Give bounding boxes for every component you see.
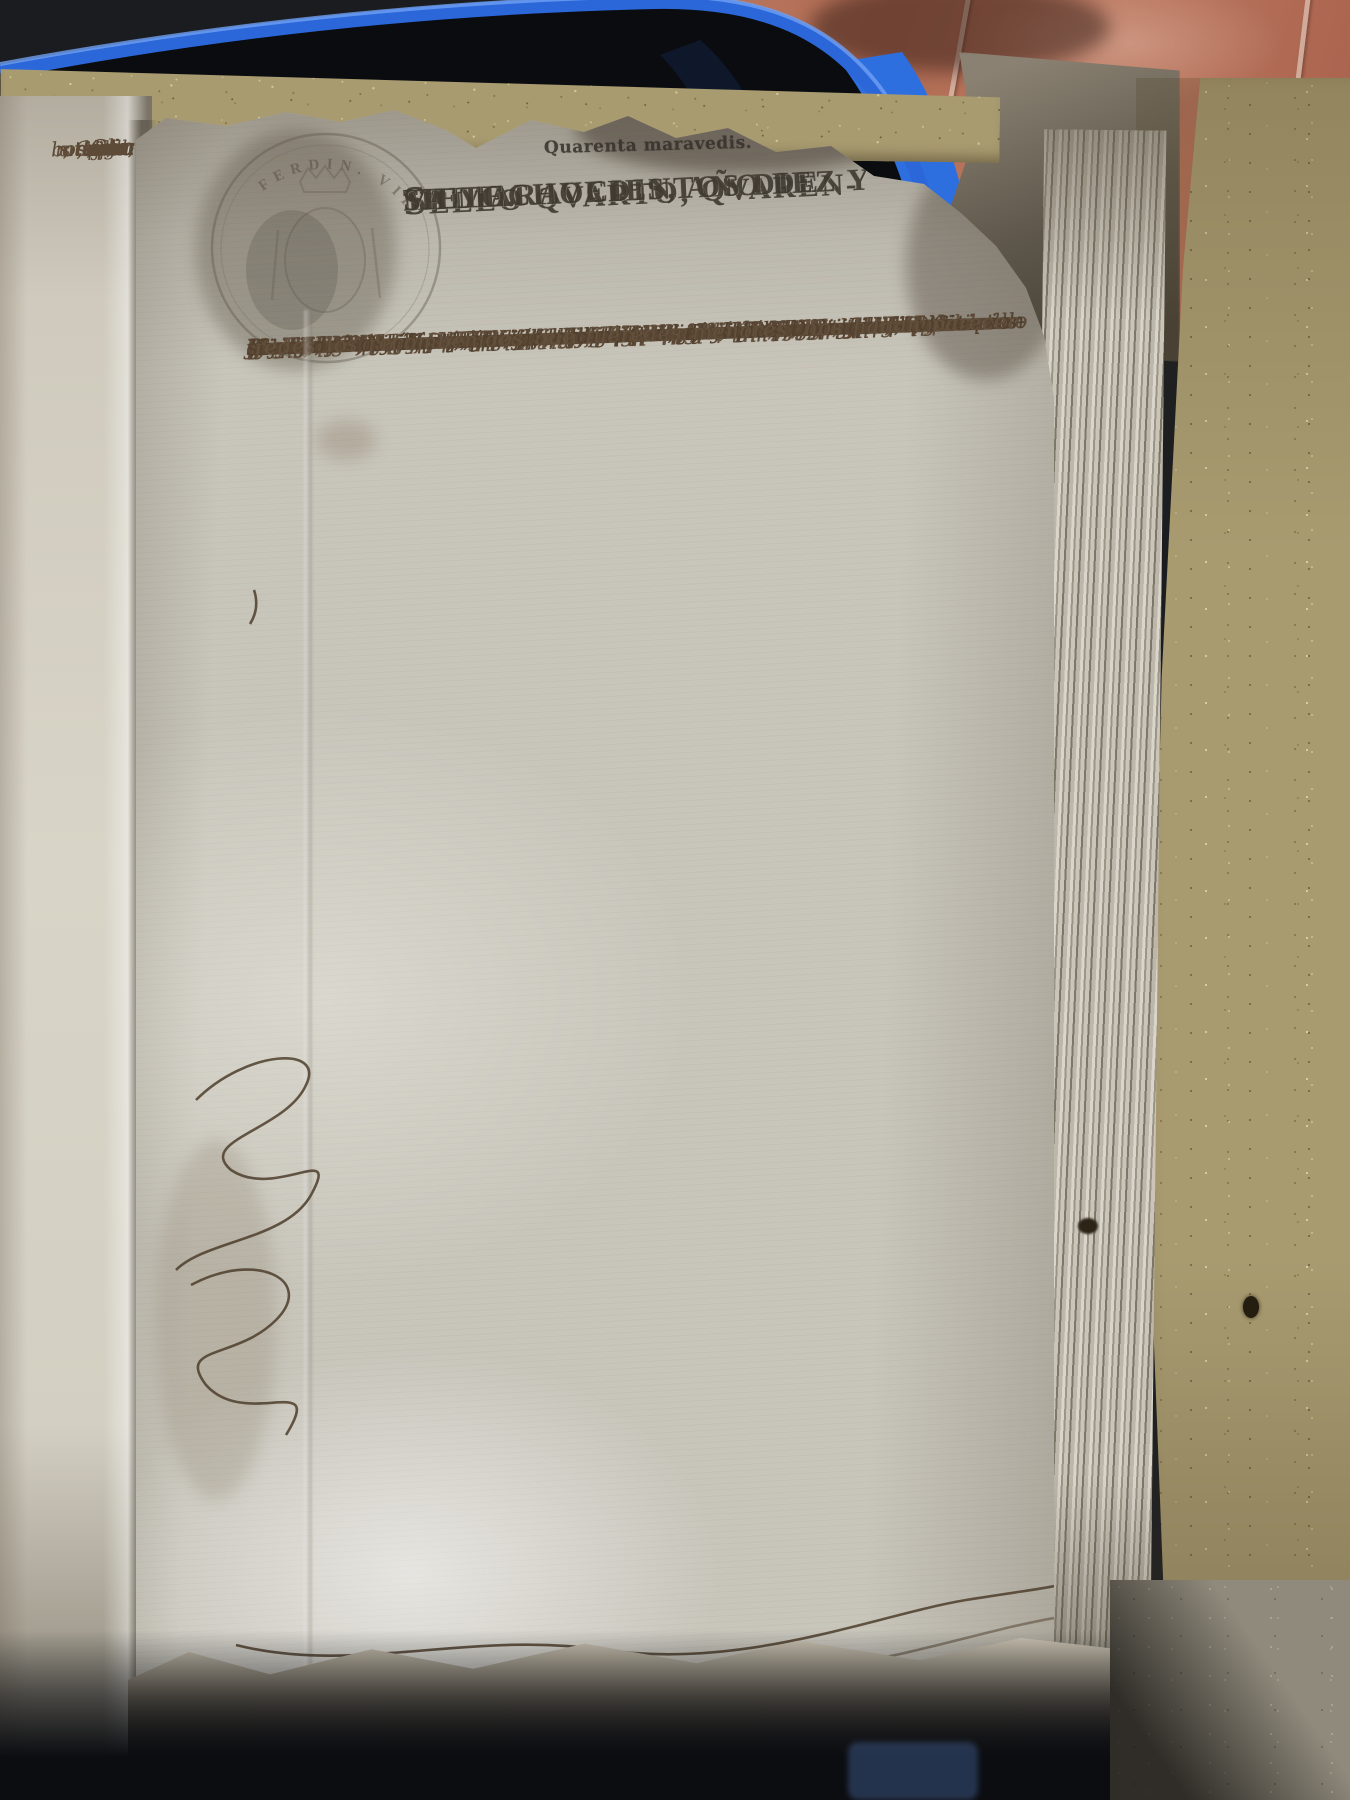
- margin-slash-mark: [250, 590, 256, 624]
- photo-of-1817-spanish-sealed-manuscript: ndaonorarilla, Conateo,tarlasuad.inpearr…: [0, 0, 1350, 1800]
- blue-object-below: [848, 1742, 978, 1800]
- margin-flourish: [176, 1058, 319, 1270]
- pen-flourishes: [136, 90, 1054, 1738]
- concrete-shadow: [1110, 1580, 1350, 1800]
- manuscript-page: FERDIN. VII. Quarenta maravedis. SELLO Q…: [136, 90, 1054, 1738]
- chipboard-hole: [1243, 1296, 1259, 1318]
- margin-flourish: [191, 1270, 297, 1435]
- previous-page-text-fragments: ndaonorarilla, Conateo,tarlasuad.inpearr…: [0, 136, 138, 1696]
- ink-blot-on-page-edge: [1078, 1218, 1098, 1234]
